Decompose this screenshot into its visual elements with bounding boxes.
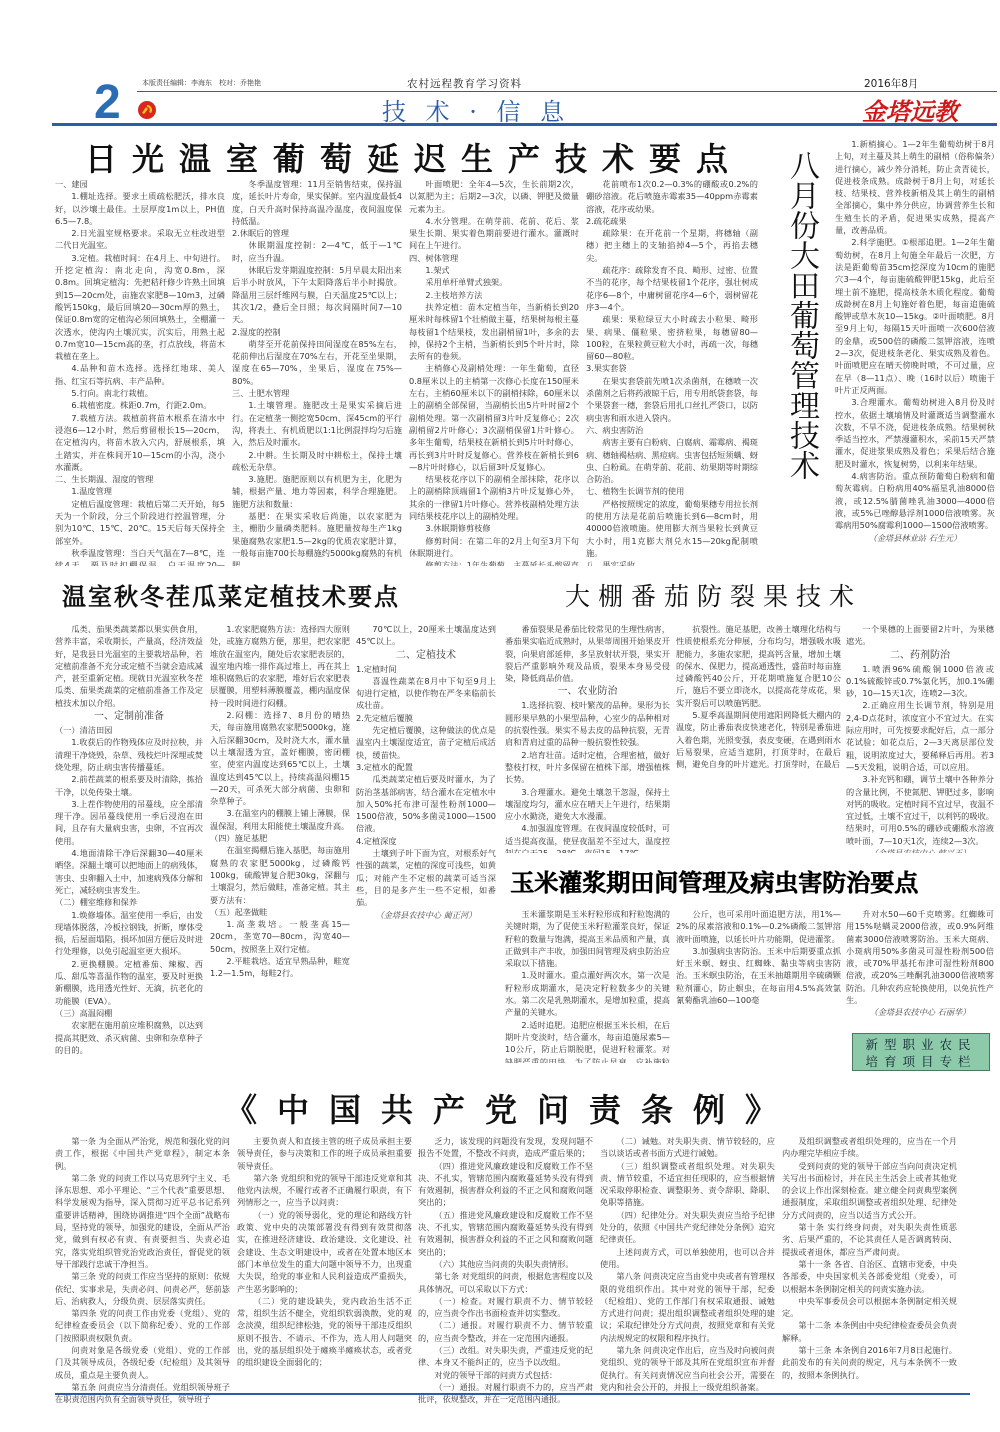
paragraph: 瓜类蔬菜定植后要及时灌水，为了防治茎基部病害，结合灌水在定植水中加入50%托布津… [356,773,496,834]
paragraph: 结果枝花序以下的副梢全部抹除，花序以上的副梢除顶端留1个副梢3片叶反复修心外，其… [409,473,579,522]
subheading: 六、病虫害防治 [586,424,758,436]
paragraph: 一个果穗的上面要留2片叶，为果穗遮光。 [846,623,994,648]
paragraph: 第三条 党的问责工作应当坚持的原则：依规依纪、实事求是，失责必问、问责必严，惩前… [55,1270,230,1307]
paragraph: 秋季温度管理：当白天气温在7—8℃，连续4天，要及时扣棚保温。白天温度20—25… [55,547,225,566]
paragraph: 3.施肥。施肥原则以有机肥为主，化肥为辅，根据产量、地力等因素，科学合理施肥。施… [232,473,402,510]
paragraph: 2.主枝培养方法 [409,289,579,301]
paragraph: （四）推进党风廉政建设和反腐败工作不坚决、不扎实，管辖范围内腐败蔓延势头没有得到… [418,1160,593,1209]
paragraph: 4.加强温度管理。在夜间温度较低时，可适当提高夜温，使昼夜温差不至过大，温度控制… [505,822,670,853]
masthead-bottom-rule [52,123,997,126]
paragraph: 扶养定植：苗木定植当年，当新梢长到20厘米时每株留1个壮梢做主蔓，结果树每根主蔓… [409,301,579,362]
paragraph: 严格按照规定的浓度，葡萄果穗专用拉长剂的使用方法是花前后喷施长到6—8cm时，用… [586,498,758,559]
subheading: 4.定植深度 [356,835,496,847]
paragraph: （二）通报。对履行职责不力、情节较重的，应当责令整改，并在一定范围内通报。 [418,1319,593,1344]
subheading: 八、果实采收 [586,559,758,566]
paragraph: 1.农家肥腐熟方法：选择四大原则处，或施方腐熟方便，那里，把农家肥堆放在温室内，… [210,623,350,709]
paragraph: 第八条 问责决定应当由党中央或者有管理权限的党组织作出。其中对党的领导干部，纪委… [600,1270,775,1344]
accountability-col-3: 乏力，该发现的问题没有发现，发现问题不报告不处置，不整改不问责，造成严重后果的；… [418,1135,593,1425]
paragraph: 主要负责人和直接主管的班子成员承担主要领导责任，参与决策和工作的班子成员承担重要… [237,1135,412,1172]
grape-headline: 日光温室葡萄延迟生产技术要点 [85,134,743,180]
byline: （金塔县农技中心 石丽华） [846,1006,994,1018]
corn-col-1: 玉米灌浆期是玉米籽粒形成和籽粒饱满的关键时期，为了促使玉米籽粒灌浆良好，保证籽粒… [505,908,670,1063]
paragraph: 公斤，也可采用叶面追肥方法，用1%—2%的尿素溶液和0.1%—0.2%磷酸二氢钾… [676,908,841,945]
paragraph: 第九条 问责决定作出后，应当及时向被问责党组织、党的领导干部及其所在党组织宣布并… [600,1344,775,1393]
paragraph: 第二条 党的问责工作以马克思列宁主义、毛泽东思想、邓小平理论、“三个代表”重要思… [55,1172,230,1270]
paragraph: 1.温度管理 [55,485,225,497]
byline: （金塔县农技中心 韩兴玉） [846,847,994,853]
paragraph: 瓜类、茄果类蔬菜都以果实供食用，营养丰富，采收期长，产量高，经济效益好，是我县日… [55,623,203,709]
paragraph: 在果实套袋前先喷1次杀菌剂，在穗喷一次杀菌剂之后将药液晾干后，用专用纸袋套袋，每… [586,375,758,424]
corn-col-3: 升对水50—60千克喷雾。红蜘蛛可用15%哒螨灵2000倍液，或0.9%阿维菌素… [846,908,994,1018]
cucumber-headline: 温室秋冬茬瓜菜定植技术要点 [62,577,400,612]
section-title: 技 术 · 信 息 [382,92,570,127]
paragraph: （二）党的建设缺失，党内政治生活不正常，组织生活不健全，党组织软弱涣散，党的观念… [237,1295,412,1369]
paragraph: 3.上茬作物使用的吊蔓线，应全部清理干净。因吊蔓线使用一季后浸泡在田间，且存有大… [55,798,203,847]
paragraph: 农家肥在施用前应堆积腐熟，以达到提高其肥效、杀灭病菌、虫卵和杂草种子的目的。 [55,1019,203,1056]
august-body: 1.新梢摘心。1—2年生葡萄幼树于8月上旬，对主蔓及其上萌生的副梢（俗称偏条）进… [835,138,995,563]
paragraph: 第一条 为全面从严治党，规范和强化党的问责工作，根据《中国共产党章程》，制定本条… [55,1135,230,1172]
accountability-col-5: 及组织调整或者组织处理的，应当在一个月内办理完毕相应手续。受到问责的党的领导干部… [782,1135,957,1385]
subheading: 2.先定植后覆膜 [356,712,496,724]
paragraph: 4.地面清除干净后深翻30—40厘米晒垡。深翻土壤可以把地面上的病残体，害虫、虫… [55,847,203,896]
paragraph: 休眠后发芽期温度控制：5月早晨太阳出来后半小时放风，下午太阳降落后半小时揭放。降… [232,264,402,325]
paragraph: 疏果：果粒绿豆大小时疏去小粒果、畸形果、病果、僵粒果、密挤粒果，每穗留80—10… [586,313,758,362]
tomato-col-3: 一个果穗的上面要留2片叶，为果穗遮光。二、药剂防治1.喷洒96%硫酸铜1000倍… [846,623,994,853]
paragraph: 2.前茬蔬菜的根系要及时清除，拣拾干净，以免传染土壤。 [55,773,203,798]
column-box: 新型职业农民 培育项目专栏 [852,1033,990,1071]
paragraph: 4.病害防治。重点预防葡萄白粉病和葡萄灰霉病。白粉病用40%福星乳油8000倍液… [835,470,995,531]
accountability-col-2: 主要负责人和直接主管的班子成员承担主要领导责任，参与决策和工作的班子成员承担重要… [237,1135,412,1425]
paragraph: 第六条 党组织和党的领导干部违反党章和其他党内法规，不履行或者不正确履行职责，有… [237,1172,412,1209]
paragraph: 土壤到子叶下面为宜，对根系好气性强的蔬菜，定植的深度可浅些，如黄瓜；对能产生不定… [356,847,496,908]
paragraph: 番茄裂果是番茄比较常见的生理性病害，番茄果实临近成熟时，从果蒂周围开始果皮开裂，… [505,623,670,684]
paragraph: 问责对象是各级党委（党组）、党的工作部门及其领导成员，各级纪委（纪检组）及其领导… [55,1344,230,1381]
paragraph: 6.栽植密度。株距0.7m，行距2.0m。 [55,399,225,411]
accountability-headline: 《中国共产党问责条例》 [225,1085,797,1131]
subheading: （四）施足基肥 [210,832,350,844]
cucumber-col-3: 70℃以上，20厘米土壤温度达到45℃以上。二、定植技术1.定植时间喜温性蔬菜在… [356,623,496,1065]
paragraph: 5.行向。南北行栽植。 [55,387,225,399]
paragraph: 3.定植。栽植时间：在4月上、中旬进行。开挖定植沟：南北走向，沟宽0.8m，深0… [55,252,225,363]
paragraph: 乏力，该发现的问题没有发现，发现问题不报告不处置，不整改不问责，造成严重后果的； [418,1135,593,1160]
paragraph: 70℃以上，20厘米土壤温度达到45℃以上。 [356,623,496,648]
byline: （金塔县林业站 石生元） [835,532,995,544]
paragraph: 主梢修心及副梢处理：一年生葡萄，直径0.8厘米以上的主梢第一次修心长度在150厘… [409,362,579,473]
paragraph: 3.休眠期修剪枝修 [409,522,579,534]
paragraph: 疏花序：疏除发育不良、畸形、过密、位置不当的花序，每个结果枝留1个花序，强壮树成… [586,264,758,313]
subheading: （五）起垄做畦 [210,906,350,918]
paragraph: 2.更换棚膜。定植番茄、辣椒、西瓜、甜瓜等喜温作物的温室，要及时更换新棚膜，选用… [55,958,203,1007]
paragraph: 及组织调整或者组织处理的，应当在一个月内办理完毕相应手续。 [782,1135,957,1160]
footer-rule [55,1393,970,1395]
paragraph: 上述问责方式，可以单独使用，也可以合并使用。 [600,1246,775,1271]
subheading: 三、土肥水管理 [232,387,402,399]
subheading: （一）清洁田园 [55,724,203,736]
paragraph: 花前喷布1次0.2—0.3%的硼酸或0.2%的硼砂溶液。花后喷施赤霉素35—40… [586,178,758,215]
subheading: 二、生长期温、湿度的管理 [55,473,225,485]
paragraph: 1.架式 [409,264,579,276]
paragraph: 定植后温度管理：栽植后第二天开始，每5天为一个阶段，分三个阶段进行控温管理，分别… [55,498,225,547]
paragraph: 玉米灌浆期是玉米籽粒形成和籽粒饱满的关键时期，为了促使玉米籽粒灌浆良好，保证籽粒… [505,908,670,969]
paragraph: 第十一条 各省、自治区、直辖市党委，中央各部委，中央国家机关各部委党组（党委），… [782,1258,957,1295]
paragraph: 3.补充钙和硼，调节土壤中各种养分的含量比例，不使氮肥、钾肥过多，影响对钙的吸收… [846,773,994,847]
paragraph: 2.科学施肥。①根部追肥。1—2年生葡萄幼树，在8月上旬施全年最后一次肥，方法是… [835,236,995,396]
tomato-col-2: 抗裂性。施足基肥，改善土壤理化结构与性质使根系充分伸展，分布均匀，增强吸水吸肥能… [676,623,841,853]
editor-credit: 本版责任编辑：李海东 校对：乔艳艳 [142,78,261,88]
party-emblem-icon [137,100,157,120]
paragraph: 受到问责的党的领导干部应当向问责决定机关写出书面检讨，并在民主生活会上或者其他党… [782,1160,957,1221]
paragraph: 2.日光温室规格要求。采取无立柱改进型二代日光温室。 [55,227,225,252]
tomato-col-1: 番茄裂果是番茄比较常见的生理性病害，番茄果实临近成熟时，从果蒂周围开始果皮开裂，… [505,623,670,853]
paragraph: （三）组织调整或者组织处理。对失职失责、情节较重，不适宜担任现职的，应当根据情况… [600,1160,775,1209]
paragraph: 2.闷棚：选择7、8月份的晴热天，每亩施用腐熟农家肥5000kg，施入后深翻30… [210,709,350,807]
paragraph: 2.培育壮苗。适时定植，合理密植，做好整枝打杈，叶片多保留在植株下部，增强植株长… [505,749,670,786]
paragraph: 修剪时间：在第二年的2月上旬至3月下旬休眠期进行。 [409,535,579,560]
grape-col-4: 花前喷布1次0.2—0.3%的硼酸或0.2%的硼砂溶液。花后喷施赤霉素35—40… [586,178,758,566]
paragraph: 休眠期温度控制：2—4℃，低于—1℃时，应当升温。 [232,239,402,264]
paragraph: 第十条 实行终身问责，对失职失责性质恶劣、后果严重的，不论其责任人是否调离转岗、… [782,1221,957,1258]
paragraph: 1.选择抗裂、枝叶繁茂的品种。果形为长圆形果早熟的小果型品种，心室少的品种相对的… [505,699,670,748]
subheading: 2.湿度的控制 [232,326,402,338]
paragraph: （五）推进党风廉政建设和反腐败工作不坚决、不扎实，管辖范围内腐败蔓延势头没有得到… [418,1209,593,1258]
accountability-col-4: （二）诫勉。对失职失责、情节较轻的，应当以谈话或者书面方式进行诫勉。（三）组织调… [600,1135,775,1425]
paragraph: 修剪方法：1年生葡萄，主蔓延长头剪留直径0.8—1厘米，充分成熟木质化的当两芽处… [409,559,579,566]
corn-col-2: 公斤，也可采用叶面追肥方法，用1%—2%的尿素溶液和0.1%—0.2%磷酸二氢钾… [676,908,841,1063]
paragraph: 抗裂性。施足基肥，改善土壤理化结构与性质使根系充分伸展，分布均匀，增强吸水吸肥能… [676,623,841,709]
masthead: 2 本版责任编辑：李海东 校对：乔艳艳 农村远程教育学习资料 2016年8月 技… [52,78,1000,128]
paragraph: （六）其他应当问责的失职失责情形。 [418,1258,593,1270]
corn-headline: 玉米灌浆期田间管理及病虫害防治要点 [510,863,918,898]
paragraph: 在温室揭棚后施入基肥，每亩施用腐熟的农家肥5000kg，过磷酸钙100kg，硫酸… [210,844,350,905]
paragraph: 1.棚址选择。要求土质疏松肥沃，排水良好，以沙壤土最佳。土层厚度1m以上，PH值… [55,190,225,227]
paragraph: 萌芽至开花前保持田间湿度在85%左右，花前伸出后湿度在70%左右，开花至坐果期，… [232,338,402,387]
paragraph: 第四条 党的问责工作由党委（党组）、党的纪律检查委员会（以下简称纪委）、党的工作… [55,1307,230,1344]
subheading: 七、植物生长调节剂的使用 [586,485,758,497]
august-headline: 八月份大田葡萄管理技术 [790,150,824,480]
accountability-col-1: 第一条 为全面从严治党，规范和强化党的问责工作，根据《中国共产党章程》，制定本条… [55,1135,230,1425]
byline: （金塔县农技中心 蔺正河） [356,909,496,921]
subheading: （二）棚室维修和保养 [55,896,203,908]
subheading: 一、建园 [55,178,225,190]
paragraph: 1.焕修墙体。温室使用一季后，由发现墙体脱落，冷板拉钢钱，折断，摩体受损，后屋面… [55,909,203,958]
subheading: 四、树体管理 [409,252,579,264]
paragraph: 病害主要有白粉病、白腐病、霜霉病、褐斑病、穗轴褐枯病、黑痘病。虫害包括短须螨、蚜… [586,436,758,485]
tomato-headline: 大棚番茄防裂果技术 [565,577,862,613]
paragraph: 4.水分管理。在萌芽前、花前、花后、浆果生长期、果实着色期前要进行灌水。灌溉时间… [409,215,579,252]
paragraph: 2.平畦栽培。适宜早熟品种，畦宽1.2—1.5m，每畦2行。 [210,955,350,980]
paragraph: 喜温性蔬菜在8月中下旬至9月上旬进行定植，以使作物在严冬来临前长成壮苗。 [356,675,496,712]
paragraph: 第十二条 本条例由中央纪律检查委员会负责解释。 [782,1319,957,1344]
paragraph: 1.喷洒96%硫酸铜1000倍液或0.1%硫酸锌或0.7%氯化钙，加0.1%硼砂… [846,663,994,700]
paragraph: （四）纪律处分。对失职失责应当给予纪律处分的，依照《中国共产党纪律处分条例》追究… [600,1209,775,1246]
paragraph: 疏除果：在开花前一个星期，将穗轴（副穗）把主穗上的支轴掐掉4—5个，再掐去穗尖。 [586,227,758,264]
paragraph: 第十三条 本条例自2016年7月8日起施行。此前发布的有关问责的规定，凡与本条例… [782,1344,957,1381]
brand-logo: 金塔远教 [862,92,958,127]
subheading: 一、农业防治 [505,684,670,699]
paragraph: 3.合理灌水。避免土壤忽干忽湿，保持土壤湿度均匀，灌水应在晴天上午进行，结果期应… [505,786,670,823]
paragraph: 采用单杆单臂式独架。 [409,276,579,288]
cucumber-col-2: 1.农家肥腐熟方法：选择四大原则处，或施方腐熟方便，那里，把农家肥堆放在温室内，… [210,623,350,1065]
page-number: 2 [94,80,121,126]
subheading: 3.定植水的配置 [356,761,496,773]
paragraph: 1.高垄栽培。一般垄高15—20cm，垄宽70—80cm，沟宽40—50cm，按… [210,918,350,955]
subheading: 1.定植时间 [356,663,496,675]
grape-col-1: 一、建园1.棚址选择。要求土质疏松肥沃，排水良好，以沙壤土最佳。土层厚度1m以上… [55,178,225,566]
paragraph: 3.合理灌水。葡萄幼树进入8月份及时控水，依据土壤墒情及时灌溉适当调整灌水次数，… [835,396,995,470]
paragraph: 7.栽植方法。栽植前将苗木根系在清水中浸泡6—12小时，然后剪留根长15—20c… [55,412,225,473]
subheading: 二、药剂防治 [846,648,994,663]
paragraph: 1.及时灌水。重点灌好两次水，第一次是籽粒形成期灌水，是决定籽粒数多少的关键水。… [505,969,670,1018]
subheading: 2.休眠后的管理 [232,227,402,239]
publication-name: 农村远程教育学习资料 [407,76,522,91]
grape-col-2: 冬季温度管理：11月至销售结束，保持温度，延长叶片寿命，果实保鲜。室内温度最低4… [232,178,402,566]
paragraph: 5.夏季高温期间使用遮阳网降低大棚内的温度，防止番茄表皮快速老化，特别是番茄进入… [676,709,841,770]
paragraph: 2.中耕。生长期及时中耕松土，保持土壤疏松无杂草。 [232,449,402,474]
cucumber-col-1: 瓜类、茄果类蔬菜都以果实供食用，营养丰富，采收期长，产量高，经济效益好，是我县日… [55,623,203,1065]
grape-col-3: 叶面喷肥：全年4—5次，生长前期2次，以氮肥为主；后期2—3次，以磷、钾肥及微量… [409,178,579,566]
paragraph: 中央军事委员会可以根据本条例制定相关规定。 [782,1295,957,1320]
subheading: 二、定植技术 [356,648,496,663]
paragraph: 3.加强病虫害防治。玉米中后期要重点抓好玉米螟、蚜虫、红蜘蛛、黏虫等病虫害防治。… [676,945,841,1006]
paragraph: 叶面喷肥：全年4—5次，生长前期2次，以氮肥为主；后期2—3次，以磷、钾肥及微量… [409,178,579,215]
paragraph: 1.土壤管理。施肥改土是果实采摘后进行。在定植垄一侧挖宽50cm、深45cm的平… [232,399,402,448]
issue-date: 2016年8月 [864,76,918,91]
subheading: （三）高温闷棚 [55,1007,203,1019]
subheading: 一、定制前准备 [55,709,203,724]
paragraph: 升对水50—60千克喷雾。红蜘蛛可用15%哒螨灵2000倍液，或0.9%阿维菌素… [846,908,994,1006]
paragraph: （一）党的领导弱化，党的理论和路线方针政策、党中央的决策部署没有得到有效贯彻落实… [237,1209,412,1295]
paragraph: 冬季温度管理：11月至销售结束，保持温度，延长叶片寿命，果实保鲜。室内温度最低4… [232,178,402,227]
paragraph: 第七条 对党组织的问责，根据危害程度以及具体情况，可以采取以下方式： [418,1270,593,1295]
paragraph: 2.适时追肥。追肥应根据玉米长相，在后期叶片变淡时，结合灌水，每亩追施尿素5—1… [505,1019,670,1063]
paragraph: 3.在温室内的棚膜上铺上薄膜，保温保湿，利用太阳能使土壤温度升高。 [210,807,350,832]
subheading: 2.疏花疏果 [586,215,758,227]
subheading: 3.果实套袋 [586,362,758,374]
paragraph: 4.品种和苗木选择。选择红地球、美人指、红宝石等抗病、丰产品种。 [55,362,225,387]
paragraph: 1.收获后的作物残体应及时拉秧，并清理干净烧毁，杂草、残枝烂叶深埋或焚烧处理，防… [55,736,203,773]
paragraph: 对党的领导干部的问责方式包括： [418,1369,593,1381]
paragraph: （三）改组。对失职失责，严重违反党的纪律、本身又不能纠正的，应当予以改组。 [418,1344,593,1369]
paragraph: 先定植后覆膜，这种做法的优点是温室内土壤湿度适宜，苗子定植后成活快，缓苗快。 [356,724,496,761]
paragraph: （二）诫勉。对失职失责、情节较轻的，应当以谈话或者书面方式进行诫勉。 [600,1135,775,1160]
paragraph: （一）检查。对履行职责不力、情节较轻的，应当责令作出书面检查并切实整改。 [418,1295,593,1320]
paragraph: 基肥：在果实采收后尚施，以农家肥为主，栅肋少量磷类肥料。施肥量按每生产1kg果施… [232,510,402,566]
paragraph: 1.新梢摘心。1—2年生葡萄幼树于8月上旬，对主蔓及其上萌生的副梢（俗称偏条）进… [835,138,995,236]
paragraph: 2.正确应用生长调节剂，特别是用2,4-D点花时，浓度宜小不宜过大。在实际应用时… [846,699,994,773]
